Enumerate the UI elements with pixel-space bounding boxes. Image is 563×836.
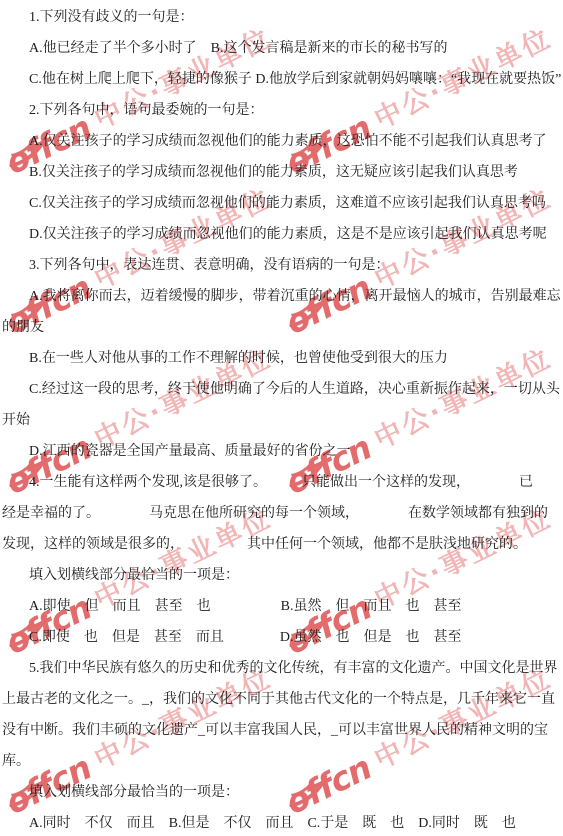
question-4-line-5: A.即使 但 而且 甚至 也 B.虽然 但 而且 也 甚至	[0, 591, 563, 622]
question-3-line-5: C.经过这一段的思考，终于使他明确了今后的人生道路，决心重新振作起来，一切从头	[0, 374, 563, 405]
question-4-line-1: 4.一生能有这样两个发现,该是很够了。 只能做出一个这样的发现， 已	[0, 467, 563, 498]
question-2-line-3: B.仅关注孩子的学习成绩而忽视他们的能力素质，这无疑应该引起我们认真思考	[0, 157, 563, 188]
question-3-line-4: B.在一些人对他从事的工作不理解的时候，也曾使他受到很大的压力	[0, 343, 563, 374]
document-page: offcn中公·事业单位offcn中公·事业单位offcn中公·事业单位offc…	[0, 0, 563, 836]
question-5-line-5: 填入划横线部分最恰当的一项是：	[0, 777, 563, 808]
question-3-line-6: 开始	[0, 405, 563, 436]
question-1-line-3: C.他在树上爬上爬下，轻捷的像猴子 D.他放学后到家就朝妈妈嚷嚷：“我现在就要热…	[0, 64, 563, 95]
question-2-line-1: 2.下列各句中，语句最委婉的一句是：	[0, 95, 563, 126]
question-2-line-4: C.仅关注孩子的学习成绩而忽视他们的能力素质，这难道不应该引起我们认真思考吗	[0, 188, 563, 219]
question-4-line-4: 填入划横线部分最恰当的一项是：	[0, 560, 563, 591]
question-2-line-5: D.仅关注孩子的学习成绩而忽视他们的能力素质，这是不是应该引起我们认真思考呢	[0, 219, 563, 250]
question-4-line-6: C.即使 也 但是 甚至 而且 D.虽然 也 但是 也 甚至	[0, 622, 563, 653]
question-3-line-2: A.我将离你而去，迈着缓慢的脚步，带着沉重的心情，离开最恼人的城市，告别最难忘	[0, 281, 563, 312]
question-3-line-1: 3.下列各句中，表达连贯、表意明确，没有语病的一句是：	[0, 250, 563, 281]
question-5-line-3: 没有中断。我们丰硕的文化遗产_可以丰富我国人民，_可以丰富世界人民的精神文明的宝	[0, 715, 563, 746]
question-4-line-2: 经是幸福的了。 马克思在他所研究的每一个领域， 在数学领域都有独到的	[0, 498, 563, 529]
question-4-line-3: 发现，这样的领域是很多的， 其中任何一个领域，他都不是肤浅地研究的。	[0, 529, 563, 560]
document-content: 1.下列没有歧义的一句是：A.他已经走了半个多小时了 B.这个发言稿是新来的市长…	[0, 0, 563, 836]
question-3-line-7: D.江西的瓷器是全国产量最高、质量最好的省份之一	[0, 436, 563, 467]
question-1-line-1: 1.下列没有歧义的一句是：	[0, 2, 563, 33]
question-2-line-2: A.仅关注孩子的学习成绩而忽视他们的能力素质，这恐怕不能不引起我们认真思考了	[0, 126, 563, 157]
question-5-line-1: 5.我们中华民族有悠久的历史和优秀的文化传统，有丰富的文化遗产。中国文化是世界	[0, 653, 563, 684]
question-5-line-6: A.同时 不仅 而且 B.但是 不仅 而且 C.于是 既 也 D.同时 既 也	[0, 808, 563, 836]
question-1-line-2: A.他已经走了半个多小时了 B.这个发言稿是新来的市长的秘书写的	[0, 33, 563, 64]
question-3-line-3: 的朋友	[0, 312, 563, 343]
question-5-line-2: 上最古老的文化之一。_，我们的文化不同于其他古代文化的一个特点是，几千年来它一直	[0, 684, 563, 715]
question-5-line-4: 库。	[0, 746, 563, 777]
